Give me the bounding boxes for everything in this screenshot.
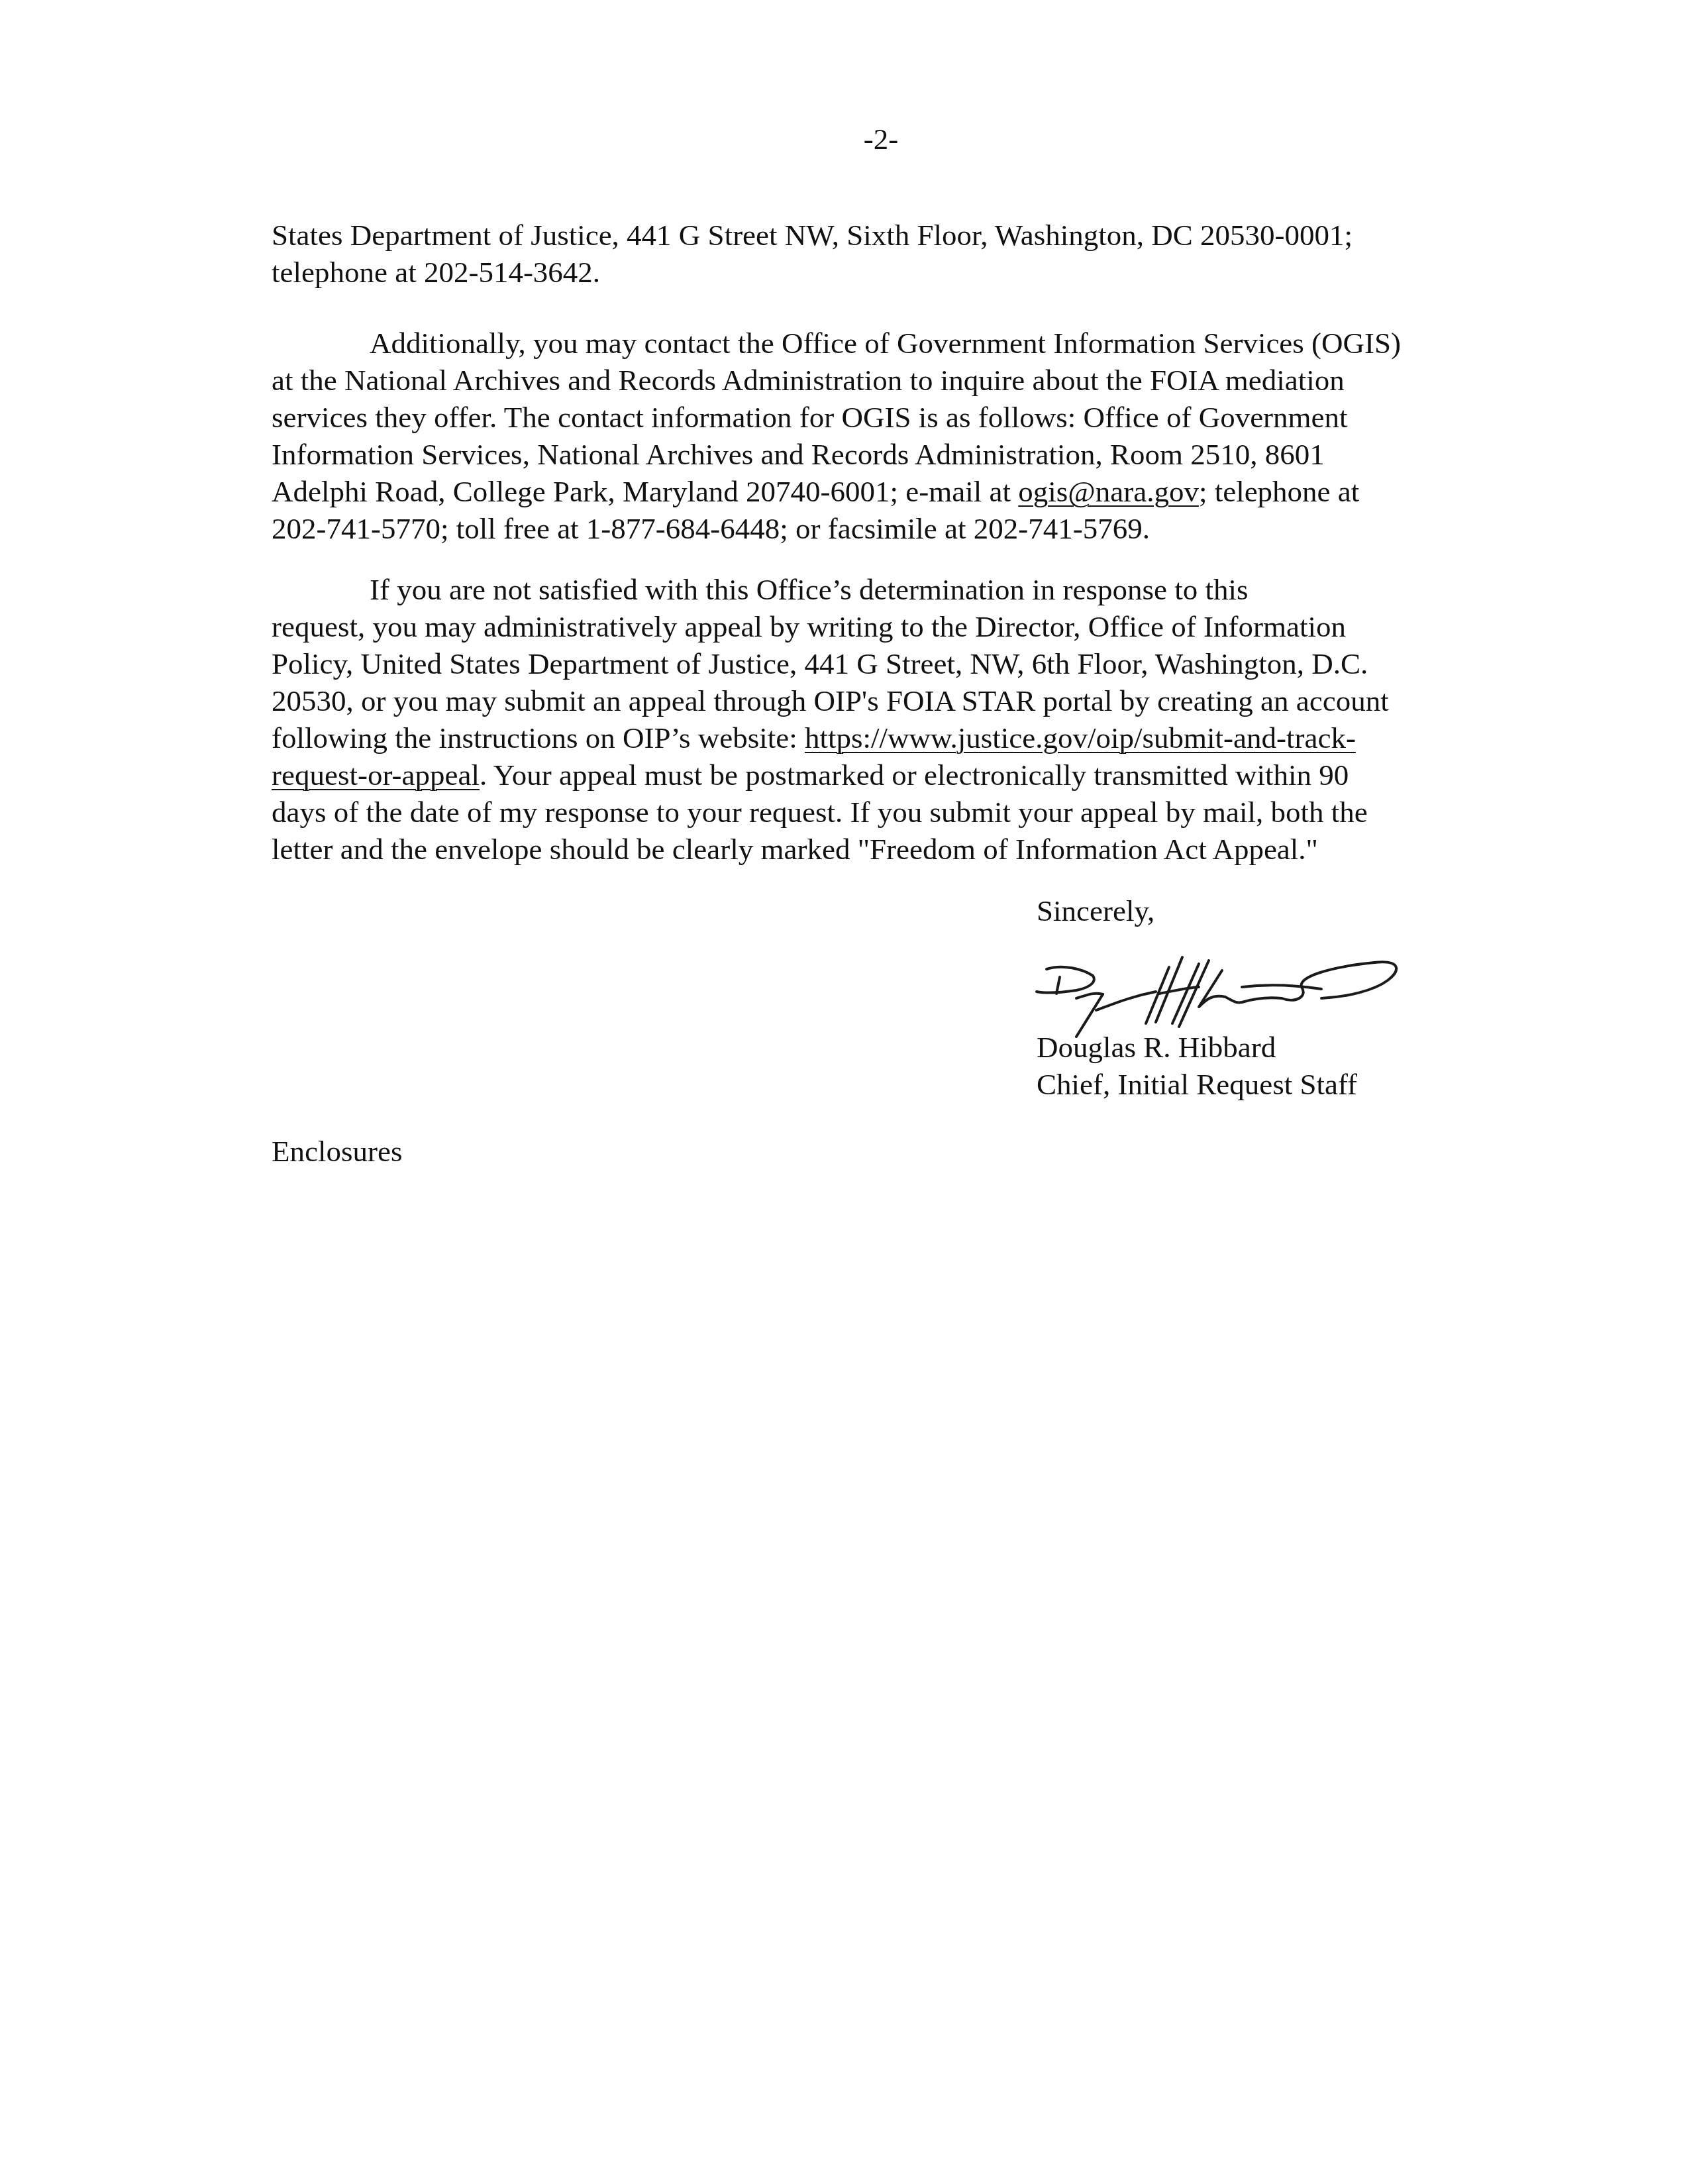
paragraph-line: telephone at 202-514-3642. [272, 254, 1490, 291]
paragraph-line: Additionally, you may contact the Office… [272, 325, 1490, 362]
paragraph-line: request, you may administratively appeal… [272, 608, 1490, 645]
paragraph-line: 202-741-5770; toll free at 1-877-684-644… [272, 510, 1490, 547]
paragraph-appeal-rights: If you are not satisfied with this Offic… [272, 571, 1490, 868]
oip-appeal-url-link-continued[interactable]: request-or-appeal [272, 758, 480, 792]
paragraph-line: request-or-appeal. Your appeal must be p… [272, 756, 1490, 794]
signer-name: Douglas R. Hibbard [1037, 1029, 1276, 1066]
letter-page: -2- States Department of Justice, 441 G … [0, 0, 1689, 2184]
oip-appeal-url-link[interactable]: https://www.justice.gov/oip/submit-and-t… [805, 721, 1356, 754]
paragraph-line: Policy, United States Department of Just… [272, 645, 1490, 682]
closing-salutation: Sincerely, [1037, 892, 1154, 929]
paragraph-line: letter and the envelope should be clearl… [272, 831, 1490, 868]
paragraph-line: at the National Archives and Records Adm… [272, 362, 1490, 399]
enclosures-label: Enclosures [272, 1133, 402, 1170]
paragraph-line: 20530, or you may submit an appeal throu… [272, 682, 1490, 719]
paragraph-line: States Department of Justice, 441 G Stre… [272, 217, 1490, 254]
paragraph-address-continuation: States Department of Justice, 441 G Stre… [272, 217, 1490, 291]
paragraph-ogis-contact: Additionally, you may contact the Office… [272, 325, 1490, 547]
paragraph-line: following the instructions on OIP’s webs… [272, 719, 1490, 756]
paragraph-line: Information Services, National Archives … [272, 436, 1490, 473]
paragraph-line: services they offer. The contact informa… [272, 399, 1490, 436]
paragraph-line: days of the date of my response to your … [272, 794, 1490, 831]
paragraph-line: Adelphi Road, College Park, Maryland 207… [272, 473, 1490, 510]
paragraph-line: If you are not satisfied with this Offic… [272, 571, 1490, 608]
text-segment: following the instructions on OIP’s webs… [272, 721, 805, 754]
ogis-email-link[interactable]: ogis@nara.gov [1018, 475, 1199, 508]
text-segment: . Your appeal must be postmarked or elec… [480, 758, 1349, 792]
signer-title: Chief, Initial Request Staff [1037, 1066, 1357, 1103]
page-number: -2- [0, 121, 1689, 158]
text-segment: ; telephone at [1199, 475, 1359, 508]
text-segment: Adelphi Road, College Park, Maryland 207… [272, 475, 1018, 508]
